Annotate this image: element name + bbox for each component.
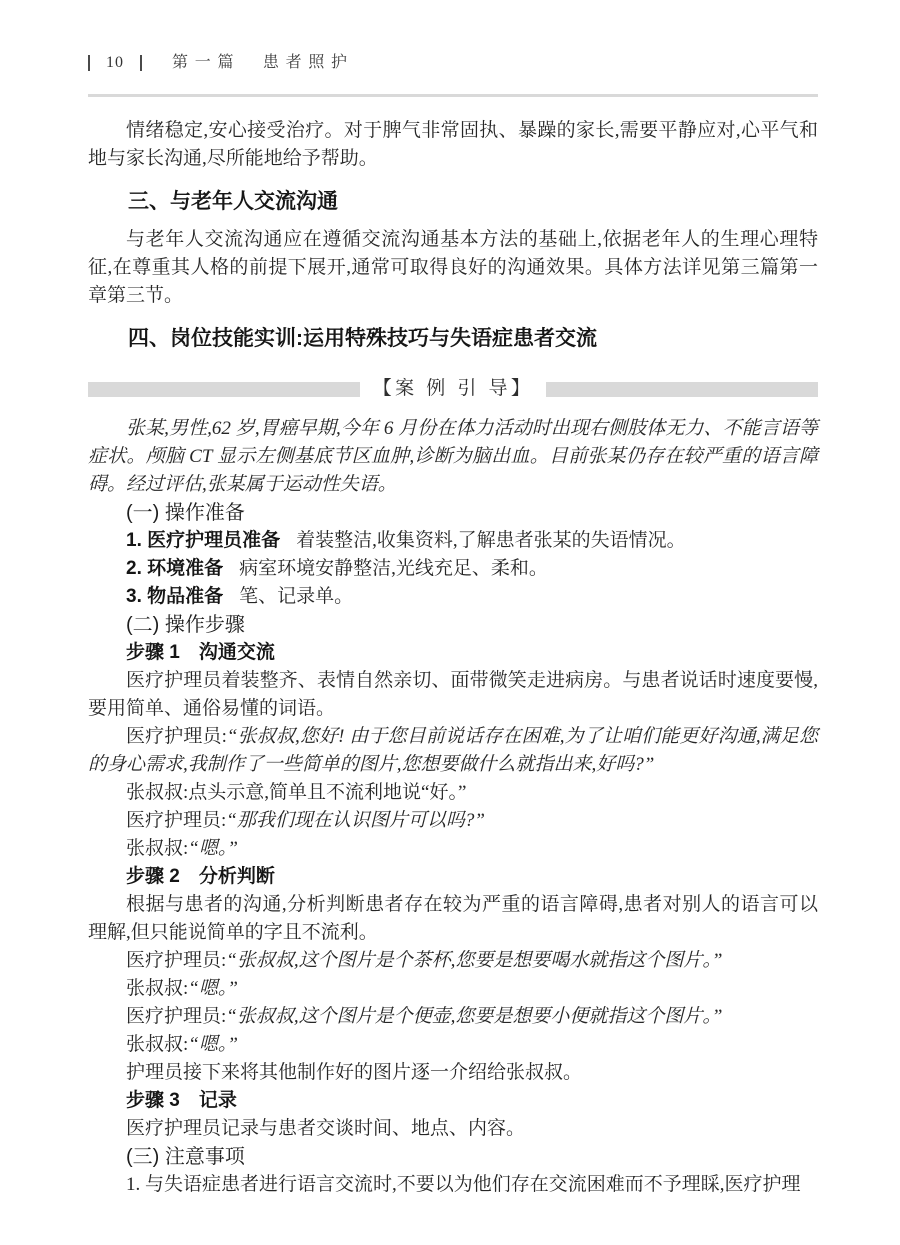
dialog-speaker: 张叔叔:: [126, 1034, 188, 1055]
header-rule: [88, 94, 818, 97]
prep-item-3: 3. 物品准备笔、记录单。: [88, 583, 818, 611]
case-description: 张某,男性,62 岁,胃癌早期,今年 6 月份在体力活动时出现右侧肢体无力、不能…: [88, 415, 818, 499]
prep-item-1-label: 1. 医疗护理员准备: [126, 530, 280, 551]
step-1-title: 步骤 1 沟通交流: [88, 639, 818, 667]
prep-item-2-text: 病室环境安静整洁,光线充足、柔和。: [239, 558, 548, 579]
page-content: 情绪稳定,安心接受治疗。对于脾气非常固执、暴躁的家长,需要平静应对,心平气和地与…: [88, 117, 818, 1199]
dialog-speaker: 医疗护理员:: [126, 810, 226, 831]
book-page: 10 第一篇 患者照护 情绪稳定,安心接受治疗。对于脾气非常固执、暴躁的家长,需…: [0, 0, 900, 1245]
step-2-followup: 护理员接下来将其他制作好的图片逐一介绍给张叔叔。: [88, 1059, 818, 1087]
case-banner: 【案 例 引 导】: [88, 375, 818, 403]
banner-bar-left: [88, 382, 360, 397]
dialog-line: 医疗护理员:“张叔叔,这个图片是个便壶,您要是想要小便就指这个图片。”: [88, 1003, 818, 1031]
dialog-speech: “张叔叔,这个图片是个茶杯,您要是想要喝水就指这个图片。”: [226, 950, 722, 971]
prep-item-3-label: 3. 物品准备: [126, 586, 223, 607]
notes-heading: (三) 注意事项: [88, 1143, 818, 1171]
dialog-line: 张叔叔:“嗯。”: [88, 1031, 818, 1059]
dialog-speech: “嗯。”: [188, 1034, 238, 1055]
dialog-speech: “嗯。”: [188, 838, 238, 859]
prep-item-2: 2. 环境准备病室环境安静整洁,光线充足、柔和。: [88, 555, 818, 583]
running-head: 10 第一篇 患者照护: [88, 52, 818, 74]
dialog-speaker: 医疗护理员:: [126, 726, 227, 747]
part-title: 第一篇 患者照护: [172, 49, 354, 77]
section-heading-3: 三、与老年人交流沟通: [88, 188, 818, 216]
dialog-speaker: 张叔叔:: [126, 978, 188, 999]
steps-heading: (二) 操作步骤: [88, 611, 818, 639]
section-heading-4: 四、岗位技能实训:运用特殊技巧与失语症患者交流: [88, 325, 818, 353]
prep-item-3-text: 笔、记录单。: [239, 586, 353, 607]
dialog-line: 张叔叔:“嗯。”: [88, 835, 818, 863]
prep-item-1: 1. 医疗护理员准备着装整洁,收集资料,了解患者张某的失语情况。: [88, 527, 818, 555]
dialog-speech: 点头示意,简单且不流利地说“好。”: [188, 782, 466, 803]
banner-bar-right: [546, 382, 818, 397]
dialog-line: 张叔叔:点头示意,简单且不流利地说“好。”: [88, 779, 818, 807]
page-number: 10: [106, 49, 124, 77]
dialog-line: 张叔叔:“嗯。”: [88, 975, 818, 1003]
header-divider-left: [88, 55, 90, 71]
section-3-paragraph: 与老年人交流沟通应在遵循交流沟通基本方法的基础上,依据老年人的生理心理特征,在尊…: [88, 226, 818, 310]
step-2-body: 根据与患者的沟通,分析判断患者存在较为严重的语言障碍,患者对别人的语言可以理解,…: [88, 891, 818, 947]
dialog-speaker: 医疗护理员:: [126, 950, 226, 971]
dialog-speaker: 张叔叔:: [126, 782, 188, 803]
dialog-speech: “那我们现在认识图片可以吗?”: [226, 810, 485, 831]
dialog-speaker: 张叔叔:: [126, 838, 188, 859]
step-3-title: 步骤 3 记录: [88, 1087, 818, 1115]
prep-item-1-text: 着装整洁,收集资料,了解患者张某的失语情况。: [296, 530, 686, 551]
step-3-body: 医疗护理员记录与患者交谈时间、地点、内容。: [88, 1115, 818, 1143]
step-2-title: 步骤 2 分析判断: [88, 863, 818, 891]
intro-paragraph: 情绪稳定,安心接受治疗。对于脾气非常固执、暴躁的家长,需要平静应对,心平气和地与…: [88, 117, 818, 173]
dialog-speech: “张叔叔,这个图片是个便壶,您要是想要小便就指这个图片。”: [226, 1006, 722, 1027]
notes-item-1: 1. 与失语症患者进行语言交流时,不要以为他们存在交流困难而不予理睬,医疗护理: [88, 1171, 818, 1199]
dialog-speaker: 医疗护理员:: [126, 1006, 226, 1027]
dialog-line: 医疗护理员:“那我们现在认识图片可以吗?”: [88, 807, 818, 835]
dialog-line: 医疗护理员:“张叔叔,您好! 由于您目前说话存在困难,为了让咱们能更好沟通,满足…: [88, 723, 818, 779]
step-1-body: 医疗护理员着装整齐、表情自然亲切、面带微笑走进病房。与患者说话时速度要慢,要用简…: [88, 667, 818, 723]
prep-item-2-label: 2. 环境准备: [126, 558, 223, 579]
dialog-speech: “嗯。”: [188, 978, 238, 999]
header-divider-right: [140, 55, 142, 71]
case-banner-label: 【案 例 引 导】: [373, 375, 534, 403]
prep-heading: (一) 操作准备: [88, 499, 818, 527]
dialog-line: 医疗护理员:“张叔叔,这个图片是个茶杯,您要是想要喝水就指这个图片。”: [88, 947, 818, 975]
